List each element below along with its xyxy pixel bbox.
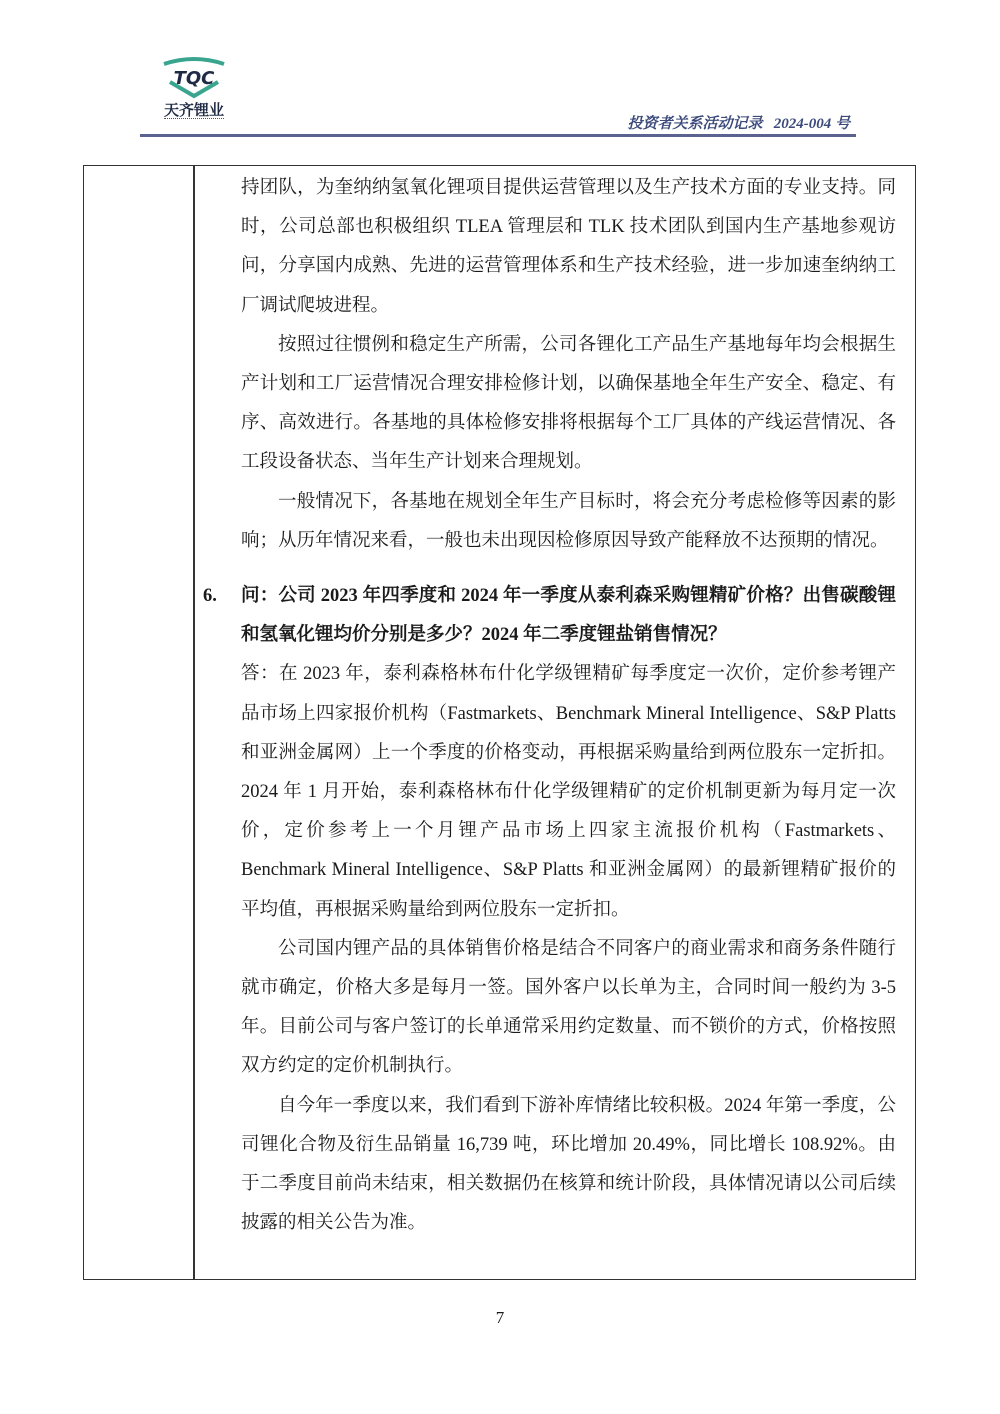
question-number: 6. bbox=[203, 577, 217, 616]
answer-pricing: 答：在 2023 年，泰利森格林布什化学级锂精矿每季度定一次价，定价参考锂产品市… bbox=[241, 655, 896, 929]
logo-subtitle-line bbox=[164, 118, 224, 121]
question-text: 问：公司 2023 年四季度和 2024 年一季度从泰利森采购锂精矿价格？出售碳… bbox=[241, 577, 896, 655]
answer-sales-price: 公司国内锂产品的具体销售价格是结合不同客户的商业需求和商务条件随行就市确定，价格… bbox=[241, 930, 896, 1087]
paragraph-maintenance-impact: 一般情况下，各基地在规划全年生产目标时，将会充分考虑检修等因素的影响；从历年情况… bbox=[241, 483, 896, 561]
company-logo: TQC 天齐锂业 bbox=[158, 56, 230, 126]
paragraph-maintenance-plan: 按照过往惯例和稳定生产所需，公司各锂化工产品生产基地每年均会根据生产计划和工厂运… bbox=[241, 326, 896, 483]
header-rule bbox=[140, 134, 856, 137]
table-content-cell: 持团队，为奎纳纳氢氧化锂项目提供运营管理以及生产技术方面的专业支持。同时，公司总… bbox=[241, 166, 896, 1243]
column-divider bbox=[193, 166, 195, 1279]
page-number: 7 bbox=[0, 1308, 1000, 1328]
paragraph-continued: 持团队，为奎纳纳氢氧化锂项目提供运营管理以及生产技术方面的专业支持。同时，公司总… bbox=[241, 169, 896, 326]
header-title: 投资者关系活动记录 bbox=[627, 116, 762, 132]
answer-sales-volume: 自今年一季度以来，我们看到下游补库情绪比较积极。2024 年第一季度，公司锂化合… bbox=[241, 1087, 896, 1244]
question-block: 6. 问：公司 2023 年四季度和 2024 年一季度从泰利森采购锂精矿价格？… bbox=[241, 577, 896, 655]
svg-text:TQC: TQC bbox=[174, 68, 216, 89]
document-header: 投资者关系活动记录 2024-004 号 bbox=[627, 112, 850, 133]
tqc-logo-icon: TQC bbox=[158, 56, 230, 100]
header-doc-number: 2024-004 号 bbox=[774, 116, 850, 132]
record-table: 持团队，为奎纳纳氢氧化锂项目提供运营管理以及生产技术方面的专业支持。同时，公司总… bbox=[83, 165, 916, 1280]
logo-company-name: 天齐锂业 bbox=[158, 99, 230, 120]
